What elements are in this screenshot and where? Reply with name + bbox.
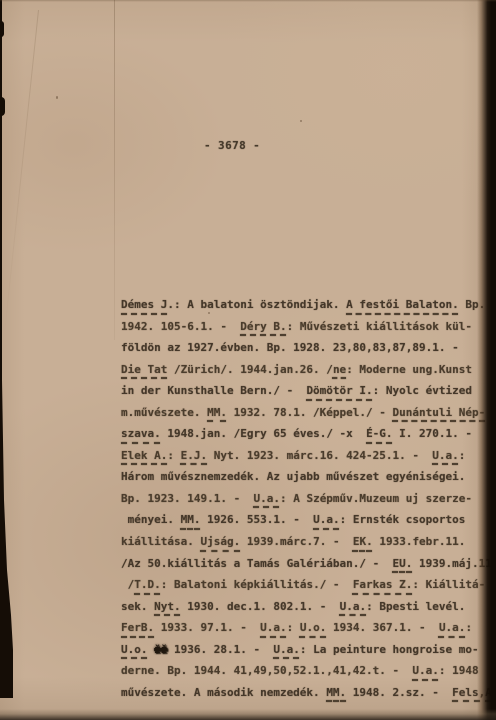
paper-speck [56,96,58,99]
underlined-text: Elek A. [121,449,167,462]
text-segment: 1926. 553.1. - [200,513,313,526]
underlined-text: U.a. [273,643,300,656]
text-segment: 1933. 97.1. - [154,621,260,634]
bottom-edge-shadow [0,709,496,720]
underlined-text: Dömötör I. [306,384,372,397]
underlined-text: U.o. [300,621,327,634]
text-segment: : Művészeti kiállitások kül- [287,320,472,333]
text-segment: derne. Bp. 1944. 41,49,50,52.1.,41,42.t.… [121,664,412,677]
text-line: kiállitása. Ujság. 1939.márc.7. - EK. 19… [121,531,493,553]
underlined-text: Démes J [121,298,167,311]
paper-crease [4,10,39,338]
text-segment: /Zürich/. 1944.jan.26. / [167,363,333,376]
text-segment: : Bpesti levél. [366,600,465,613]
text-segment: .: A balatoni ösztöndijak. [167,298,346,311]
underlined-text: Die Tat [121,363,167,376]
underlined-text: EU. [393,557,413,570]
text-segment: 1933.febr.11. [373,535,466,548]
underlined-text: U.a. [340,600,367,613]
text-segment: 1948.jan. /Egry 65 éves./ -x [161,427,366,440]
underlined-text: Nyt. [154,600,181,613]
underlined-text: A festői Balaton. [346,298,459,311]
text-segment: I. 270.1. - [393,427,472,440]
text-line: ményei. MM. 1926. 553.1. - U.a.: Ernsték… [121,509,493,531]
underlined-text: U.a. [313,513,340,526]
underlined-text: Dunántuli Nép- [393,406,486,419]
text-line: in der Kunsthalle Bern./ - Dömötör I.: N… [121,380,493,402]
text-line: derne. Bp. 1944. 41,49,50,52.1.,41,42.t.… [121,660,493,682]
text-segment: 1939.márc.7. - [240,535,353,548]
underlined-text: U.a. [432,449,459,462]
text-segment: : La peinture hongroise mo- [300,643,479,656]
text-line: Die Tat /Zürich/. 1944.jan.26. /ne: Mode… [121,359,493,381]
text-segment: 1942. 105-6.1. - [121,320,240,333]
underlined-text: EK. [353,535,373,548]
text-segment: Bp. 1923. 149.1. - [121,492,253,505]
bibliography-text: Démes J.: A balatoni ösztöndijak. A fest… [121,294,493,703]
page-number: - 3678 - [204,139,260,152]
text-segment: : Kiállitá- [412,578,485,591]
underlined-text: T.D. [134,578,161,591]
overstruck-text: žž [154,643,167,656]
underlined-text: Farkas Z. [353,578,413,591]
text-segment: : [167,449,180,462]
paper-crease [114,0,115,340]
text-line: földön az 1927.évben. Bp. 1928. 23,80,83… [121,337,493,359]
underlined-text: MM. [181,513,201,526]
text-line: sek. Nyt. 1930. dec.1. 802.1. - U.a.: Bp… [121,596,493,618]
underlined-text: FerB. [121,621,154,634]
right-edge-shadow [477,0,496,720]
text-segment: 1930. dec.1. 802.1. - [181,600,340,613]
text-line: U.o. žž 1936. 28.1. - U.a.: La peinture … [121,639,493,661]
text-segment: 1936. 28.1. - [167,643,273,656]
text-segment: 1948. 2.sz. - [346,686,452,699]
text-segment: sek. [121,600,154,613]
underlined-text: U.a. [253,492,280,505]
text-segment: / [121,578,134,591]
text-line: művészete. A második nemzedék. MM. 1948.… [121,682,493,704]
text-line: /Az 50.kiállitás a Tamás Galériában./ - … [121,553,493,575]
text-line: 1942. 105-6.1. - Déry B.: Művészeti kiál… [121,316,493,338]
scanned-page: - 3678 - Démes J.: A balatoni ösztöndija… [0,0,496,720]
underlined-text: U.a. [260,621,287,634]
text-segment: : Balatoni képkiállitás./ - [161,578,353,591]
underlined-text: U.a. [412,664,439,677]
text-segment: : Nyolc évtized [373,384,472,397]
text-segment: : 1948 [439,664,479,677]
text-line: Három művésznemzedék. Az ujabb művészet … [121,466,493,488]
underlined-text: MM. [326,686,346,699]
underlined-text: ne [333,363,346,376]
top-edge-shadow [0,0,496,2]
text-segment: : Moderne ung.Kunst [346,363,472,376]
text-segment: : [465,621,472,634]
left-edge-mark [0,97,5,116]
underlined-text: É-G. [366,427,393,440]
text-line: szava. 1948.jan. /Egry 65 éves./ -x É-G.… [121,423,493,445]
underlined-text: Ujság. [200,535,240,548]
text-segment: : [459,449,466,462]
text-line: Bp. 1923. 149.1. - U.a.: A Szépműv.Muzeu… [121,488,493,510]
left-edge-mark [0,21,4,37]
text-line: /T.D.: Balatoni képkiállitás./ - Farkas … [121,574,493,596]
text-segment: kiállitása. [121,535,200,548]
text-segment: /Az 50.kiállitás a Tamás Galériában./ - [121,557,393,570]
text-segment: ményei. [121,513,181,526]
text-segment: művészete. A második nemzedék. [121,686,326,699]
text-segment: 1934. 367.1. - [326,621,439,634]
paper-speck [300,120,302,122]
text-segment: Nyt. 1923. márc.16. 424-25.1. - [207,449,432,462]
text-segment: : [287,621,300,634]
text-line: m.művészete. MM. 1932. 78.1. /Képpel./ -… [121,402,493,424]
text-segment: : A Szépműv.Muzeum uj szerze- [280,492,472,505]
text-line: FerB. 1933. 97.1. - U.a.: U.o. 1934. 367… [121,617,493,639]
text-line: Démes J.: A balatoni ösztöndijak. A fest… [121,294,493,316]
text-segment: m.művészete. [121,406,207,419]
underlined-text: szava. [121,427,161,440]
underlined-text: Déry B. [240,320,286,333]
text-segment: in der Kunsthalle Bern./ - [121,384,306,397]
underlined-text: E.J. [181,449,208,462]
text-segment: Három művésznemzedék. Az ujabb művészet … [121,470,465,483]
text-segment: 1932. 78.1. /Képpel./ - [227,406,393,419]
underlined-text: U.a. [439,621,466,634]
text-line: Elek A.: E.J. Nyt. 1923. márc.16. 424-25… [121,445,493,467]
text-segment: : Ernsték csoportos [340,513,466,526]
text-segment: földön az 1927.évben. Bp. 1928. 23,80,83… [121,341,459,354]
underlined-text: MM. [207,406,227,419]
underlined-text: U.o. [121,643,148,656]
